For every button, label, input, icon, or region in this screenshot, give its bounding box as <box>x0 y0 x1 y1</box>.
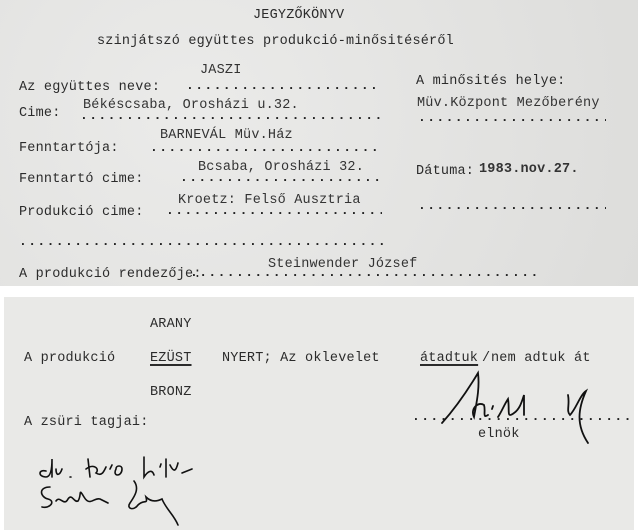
maintainer-label: Fenntartója: <box>19 141 119 156</box>
result-won-text: NYERT; Az oklevelet <box>222 351 380 366</box>
ensemble-name-dotted-line: .......................... <box>186 78 382 93</box>
director-dotted-line: ........................................… <box>190 265 536 280</box>
production-title-label: Produkció cime: <box>19 205 144 220</box>
chairman-signature <box>440 365 620 445</box>
maintainer-address-label: Fenntartó cime: <box>19 172 144 187</box>
address-dotted-line: ........................................ <box>80 108 382 123</box>
date-value: 1983.nov.27. <box>479 162 579 177</box>
certificate-not-handed: nem adtuk át <box>491 351 591 366</box>
maintainer-dotted-line: .............................. <box>150 140 382 155</box>
jury-signature-2 <box>34 479 214 527</box>
form-lower-section: ARANY A produkció EZÜST NYERT; Az okleve… <box>4 297 634 530</box>
director-label: A produkció rendezője: <box>19 267 202 282</box>
result-prefix: A produkció <box>24 351 115 366</box>
venue-value: Müv.Központ Mezőberény <box>417 96 600 111</box>
grade-option-gold: ARANY <box>150 317 192 332</box>
jury-signature-1 <box>32 447 252 483</box>
form-upper-section: JEGYZŐKÖNYV szinjátszó együttes produkci… <box>0 0 638 286</box>
certificate-separator: / <box>482 351 490 366</box>
venue-label: A minősités helye: <box>416 74 565 89</box>
venue-dotted-line: ........................ <box>418 110 606 125</box>
grade-option-silver-selected: EZÜST <box>150 351 192 366</box>
ensemble-name-value: JASZI <box>200 63 242 78</box>
document-title: JEGYZŐKÖNYV <box>253 8 344 23</box>
maintainer-address-dotted-line: .......................... <box>180 170 382 185</box>
continuation-dotted-line: ........................................… <box>19 234 385 249</box>
date-label: Dátuma: <box>416 164 474 179</box>
grade-option-bronze: BRONZ <box>150 385 192 400</box>
ensemble-name-label: Az együttes neve: <box>19 80 160 95</box>
extra-dotted-line-right: ........................ <box>418 198 606 213</box>
production-title-dotted-line: ............................ <box>166 203 382 218</box>
jury-label: A zsüri tagjai: <box>24 415 149 430</box>
document-subtitle: szinjátszó együttes produkció-minősitésé… <box>97 34 454 49</box>
certificate-handed-selected: átadtuk <box>420 351 478 366</box>
address-label: Cime: <box>19 106 61 121</box>
